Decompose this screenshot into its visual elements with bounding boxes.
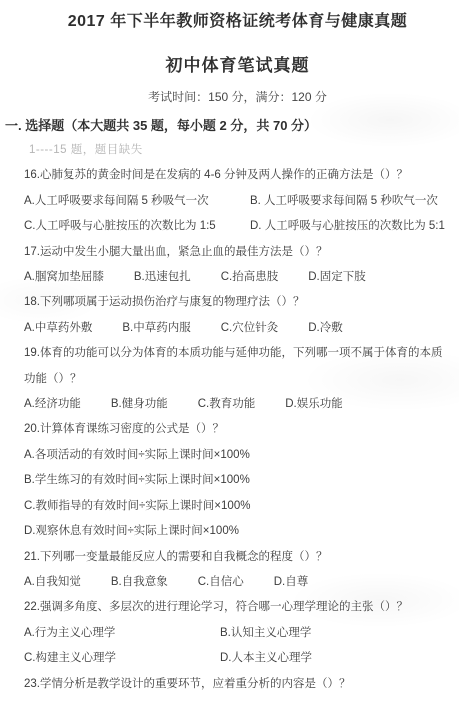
question-19-text: 19.体育的功能可以分为体育的本质功能与延伸功能，下列哪一项不属于体育的本质功能… [24, 341, 451, 392]
question-19-options-row: A.经济功能 B.健身功能 C.教育功能 D.娱乐功能 [24, 392, 451, 417]
question-17-option-b: B.迅速包扎 [134, 265, 191, 290]
question-16-option-c: C.人工呼吸与心脏按压的次数比为 1:5 [24, 214, 250, 239]
question-17-option-c: C.抬高患肢 [221, 265, 279, 290]
question-21-option-a: A.自我知觉 [24, 570, 81, 595]
question-18-option-a: A.中草药外敷 [24, 316, 92, 341]
question-21: 21.下列哪一变量最能反应人的需要和自我概念的程度（）？ A.自我知觉 B.自我… [24, 545, 451, 596]
question-21-option-d: D.自尊 [274, 570, 309, 595]
question-22-options-row-2: C.构建主义心理学 D.人本主义心理学 [24, 646, 451, 671]
question-20-option-b: B.学生练习的有效时间÷实际上课时间×100% [24, 468, 451, 493]
question-16-option-b: B. 人工呼吸要求每间隔 5 秒吹气一次 [250, 189, 438, 214]
question-17-option-d: D.固定下肢 [308, 265, 366, 290]
question-16-text: 16.心肺复苏的黄金时间是在发病的 4-6 分钟及两人操作的正确方法是（）？ [24, 163, 451, 188]
question-18-option-d: D.冷敷 [308, 316, 343, 341]
question-20-option-a: A.各项活动的有效时间÷实际上课时间×100% [24, 443, 451, 468]
question-20-text: 20.计算体育课练习密度的公式是（）？ [24, 417, 451, 442]
question-17-options-row: A.腘窝加垫屈膝 B.迅速包扎 C.抬高患肢 D.固定下肢 [24, 265, 451, 290]
exam-info: 考试时间：150 分，满分：120 分 [24, 89, 451, 105]
question-17: 17.运动中发生小腿大量出血，紧急止血的最佳方法是（）？ A.腘窝加垫屈膝 B.… [24, 240, 451, 291]
document-title: 2017 年下半年教师资格证统考体育与健康真题 [24, 12, 451, 32]
question-19: 19.体育的功能可以分为体育的本质功能与延伸功能，下列哪一项不属于体育的本质功能… [24, 341, 451, 417]
question-19-option-a: A.经济功能 [24, 392, 81, 417]
question-16-option-d: D. 人工呼吸与心脏按压的次数比为 5:1 [250, 214, 445, 239]
question-17-text: 17.运动中发生小腿大量出血，紧急止血的最佳方法是（）？ [24, 240, 451, 265]
question-23: 23.学情分析是教学设计的重要环节，应着重分析的内容是（）？ [24, 672, 451, 697]
question-20: 20.计算体育课练习密度的公式是（）？ A.各项活动的有效时间÷实际上课时间×1… [24, 417, 451, 544]
exam-document-page: 2017 年下半年教师资格证统考体育与健康真题 初中体育笔试真题 考试时间：15… [0, 12, 459, 697]
question-19-option-d: D.娱乐功能 [285, 392, 343, 417]
question-21-option-b: B.自我意象 [111, 570, 168, 595]
question-22-options-row-1: A.行为主义心理学 B.认知主义心理学 [24, 621, 451, 646]
question-22-option-c: C.构建主义心理学 [24, 646, 220, 671]
question-22-option-a: A.行为主义心理学 [24, 621, 220, 646]
question-18-option-b: B.中草药内服 [122, 316, 190, 341]
question-20-option-c: C.教师指导的有效时间÷实际上课时间×100% [24, 494, 451, 519]
question-18: 18.下列哪项属于运动损伤治疗与康复的物理疗法（）？ A.中草药外敷 B.中草药… [24, 290, 451, 341]
document-subtitle: 初中体育笔试真题 [24, 56, 451, 76]
missing-questions-note: 1----15 题，题目缺失 [29, 138, 451, 163]
question-17-option-a: A.腘窝加垫屈膝 [24, 265, 104, 290]
question-20-option-d: D.观察休息有效时间÷实际上课时间×100% [24, 519, 451, 544]
question-22-option-d: D.人本主义心理学 [220, 646, 312, 671]
question-19-option-b: B.健身功能 [111, 392, 168, 417]
question-21-text: 21.下列哪一变量最能反应人的需要和自我概念的程度（）？ [24, 545, 451, 570]
question-16: 16.心肺复苏的黄金时间是在发病的 4-6 分钟及两人操作的正确方法是（）？ A… [24, 163, 451, 239]
question-19-option-c: C.教育功能 [198, 392, 256, 417]
question-23-text: 23.学情分析是教学设计的重要环节，应着重分析的内容是（）？ [24, 672, 451, 697]
question-21-option-c: C.自信心 [198, 570, 244, 595]
question-21-options-row: A.自我知觉 B.自我意象 C.自信心 D.自尊 [24, 570, 451, 595]
question-22-text: 22.强调多角度、多层次的进行理论学习，符合哪一心理学理论的主张（）？ [24, 595, 451, 620]
section-heading-choice-questions: 一. 选择题（本大题共 35 题，每小题 2 分，共 70 分） [5, 114, 451, 138]
question-18-text: 18.下列哪项属于运动损伤治疗与康复的物理疗法（）？ [24, 290, 451, 315]
question-22: 22.强调多角度、多层次的进行理论学习，符合哪一心理学理论的主张（）？ A.行为… [24, 595, 451, 671]
question-16-options-row-2: C.人工呼吸与心脏按压的次数比为 1:5 D. 人工呼吸与心脏按压的次数比为 5… [24, 214, 451, 239]
question-18-option-c: C.穴位针灸 [221, 316, 279, 341]
question-22-option-b: B.认知主义心理学 [220, 621, 311, 646]
question-16-options-row-1: A.人工呼吸要求每间隔 5 秒吸气一次 B. 人工呼吸要求每间隔 5 秒吹气一次 [24, 189, 451, 214]
question-18-options-row: A.中草药外敷 B.中草药内服 C.穴位针灸 D.冷敷 [24, 316, 451, 341]
question-16-option-a: A.人工呼吸要求每间隔 5 秒吸气一次 [24, 189, 250, 214]
